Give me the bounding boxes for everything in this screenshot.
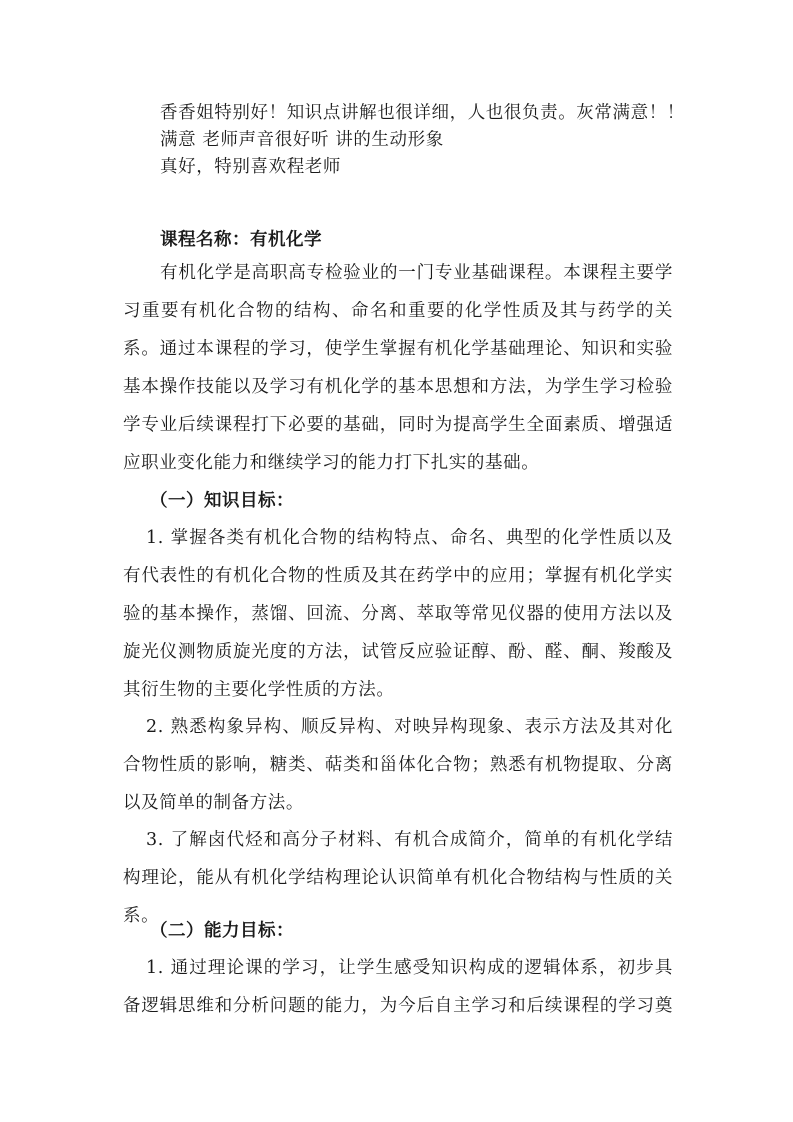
- feedback-line: 真好，特别喜欢程老师: [160, 157, 341, 177]
- goal-line: 其衍生物的主要化学性质的方法。: [123, 680, 395, 700]
- course-title: 课程名称：有机化学: [160, 230, 322, 250]
- goal-line: 2. 熟悉构象异构、顺反异构、对映异构现象、表示方法及其对化: [146, 717, 673, 737]
- goal-line: 合物性质的影响，糖类、萜类和甾体化合物；熟悉有机物提取、分离: [123, 755, 673, 775]
- goal-line: 以及简单的制备方法。: [123, 793, 304, 813]
- goal-line: 构理论，能从有机化学结构理论认识简单有机化合物结构与性质的关: [123, 868, 673, 888]
- document-page: 香香姐特别好！知识点讲解也很详细，人也很负责。灰常满意！！ 满意 老师声音很好听…: [0, 0, 793, 1122]
- paragraph-line: 学专业后续课程打下必要的基础，同时为提高学生全面素质、增强适: [123, 415, 673, 435]
- paragraph-line: 系。通过本课程的学习，使学生掌握有机化学基础理论、知识和实验: [123, 339, 673, 359]
- feedback-line: 满意 老师声音很好听 讲的生动形象: [160, 130, 444, 150]
- paragraph-line: 习重要有机化合物的结构、命名和重要的化学性质及其与药学的关: [123, 301, 673, 321]
- paragraph-line: 有机化学是高职高专检验业的一门专业基础课程。本课程主要学: [160, 263, 673, 283]
- goal-line: 3. 了解卤代烃和高分子材料、有机合成简介，简单的有机化学结: [146, 830, 673, 850]
- section-heading-ability: （二）能力目标：: [150, 921, 294, 941]
- section-heading-knowledge: （一）知识目标：: [150, 491, 294, 511]
- paragraph-line: 应职业变化能力和继续学习的能力打下扎实的基础。: [123, 453, 539, 473]
- goal-line: 旋光仪测物质旋光度的方法，试管反应验证醇、酚、醛、酮、羧酸及: [123, 642, 673, 662]
- goal-line: 验的基本操作，蒸馏、回流、分离、萃取等常见仪器的使用方法以及: [123, 604, 673, 624]
- goal-line: 1. 掌握各类有机化合物的结构特点、命名、典型的化学性质以及: [146, 528, 673, 548]
- goal-line: 备逻辑思维和分析问题的能力，为今后自主学习和后续课程的学习奠: [123, 996, 673, 1016]
- feedback-line: 香香姐特别好！知识点讲解也很详细，人也很负责。灰常满意！！: [160, 103, 685, 123]
- paragraph-line: 基本操作技能以及学习有机化学的基本思想和方法，为学生学习检验: [123, 377, 673, 397]
- goal-line: 1. 通过理论课的学习，让学生感受知识构成的逻辑体系，初步具: [146, 958, 673, 978]
- goal-line: 有代表性的有机化合物的性质及其在药学中的应用；掌握有机化学实: [123, 566, 673, 586]
